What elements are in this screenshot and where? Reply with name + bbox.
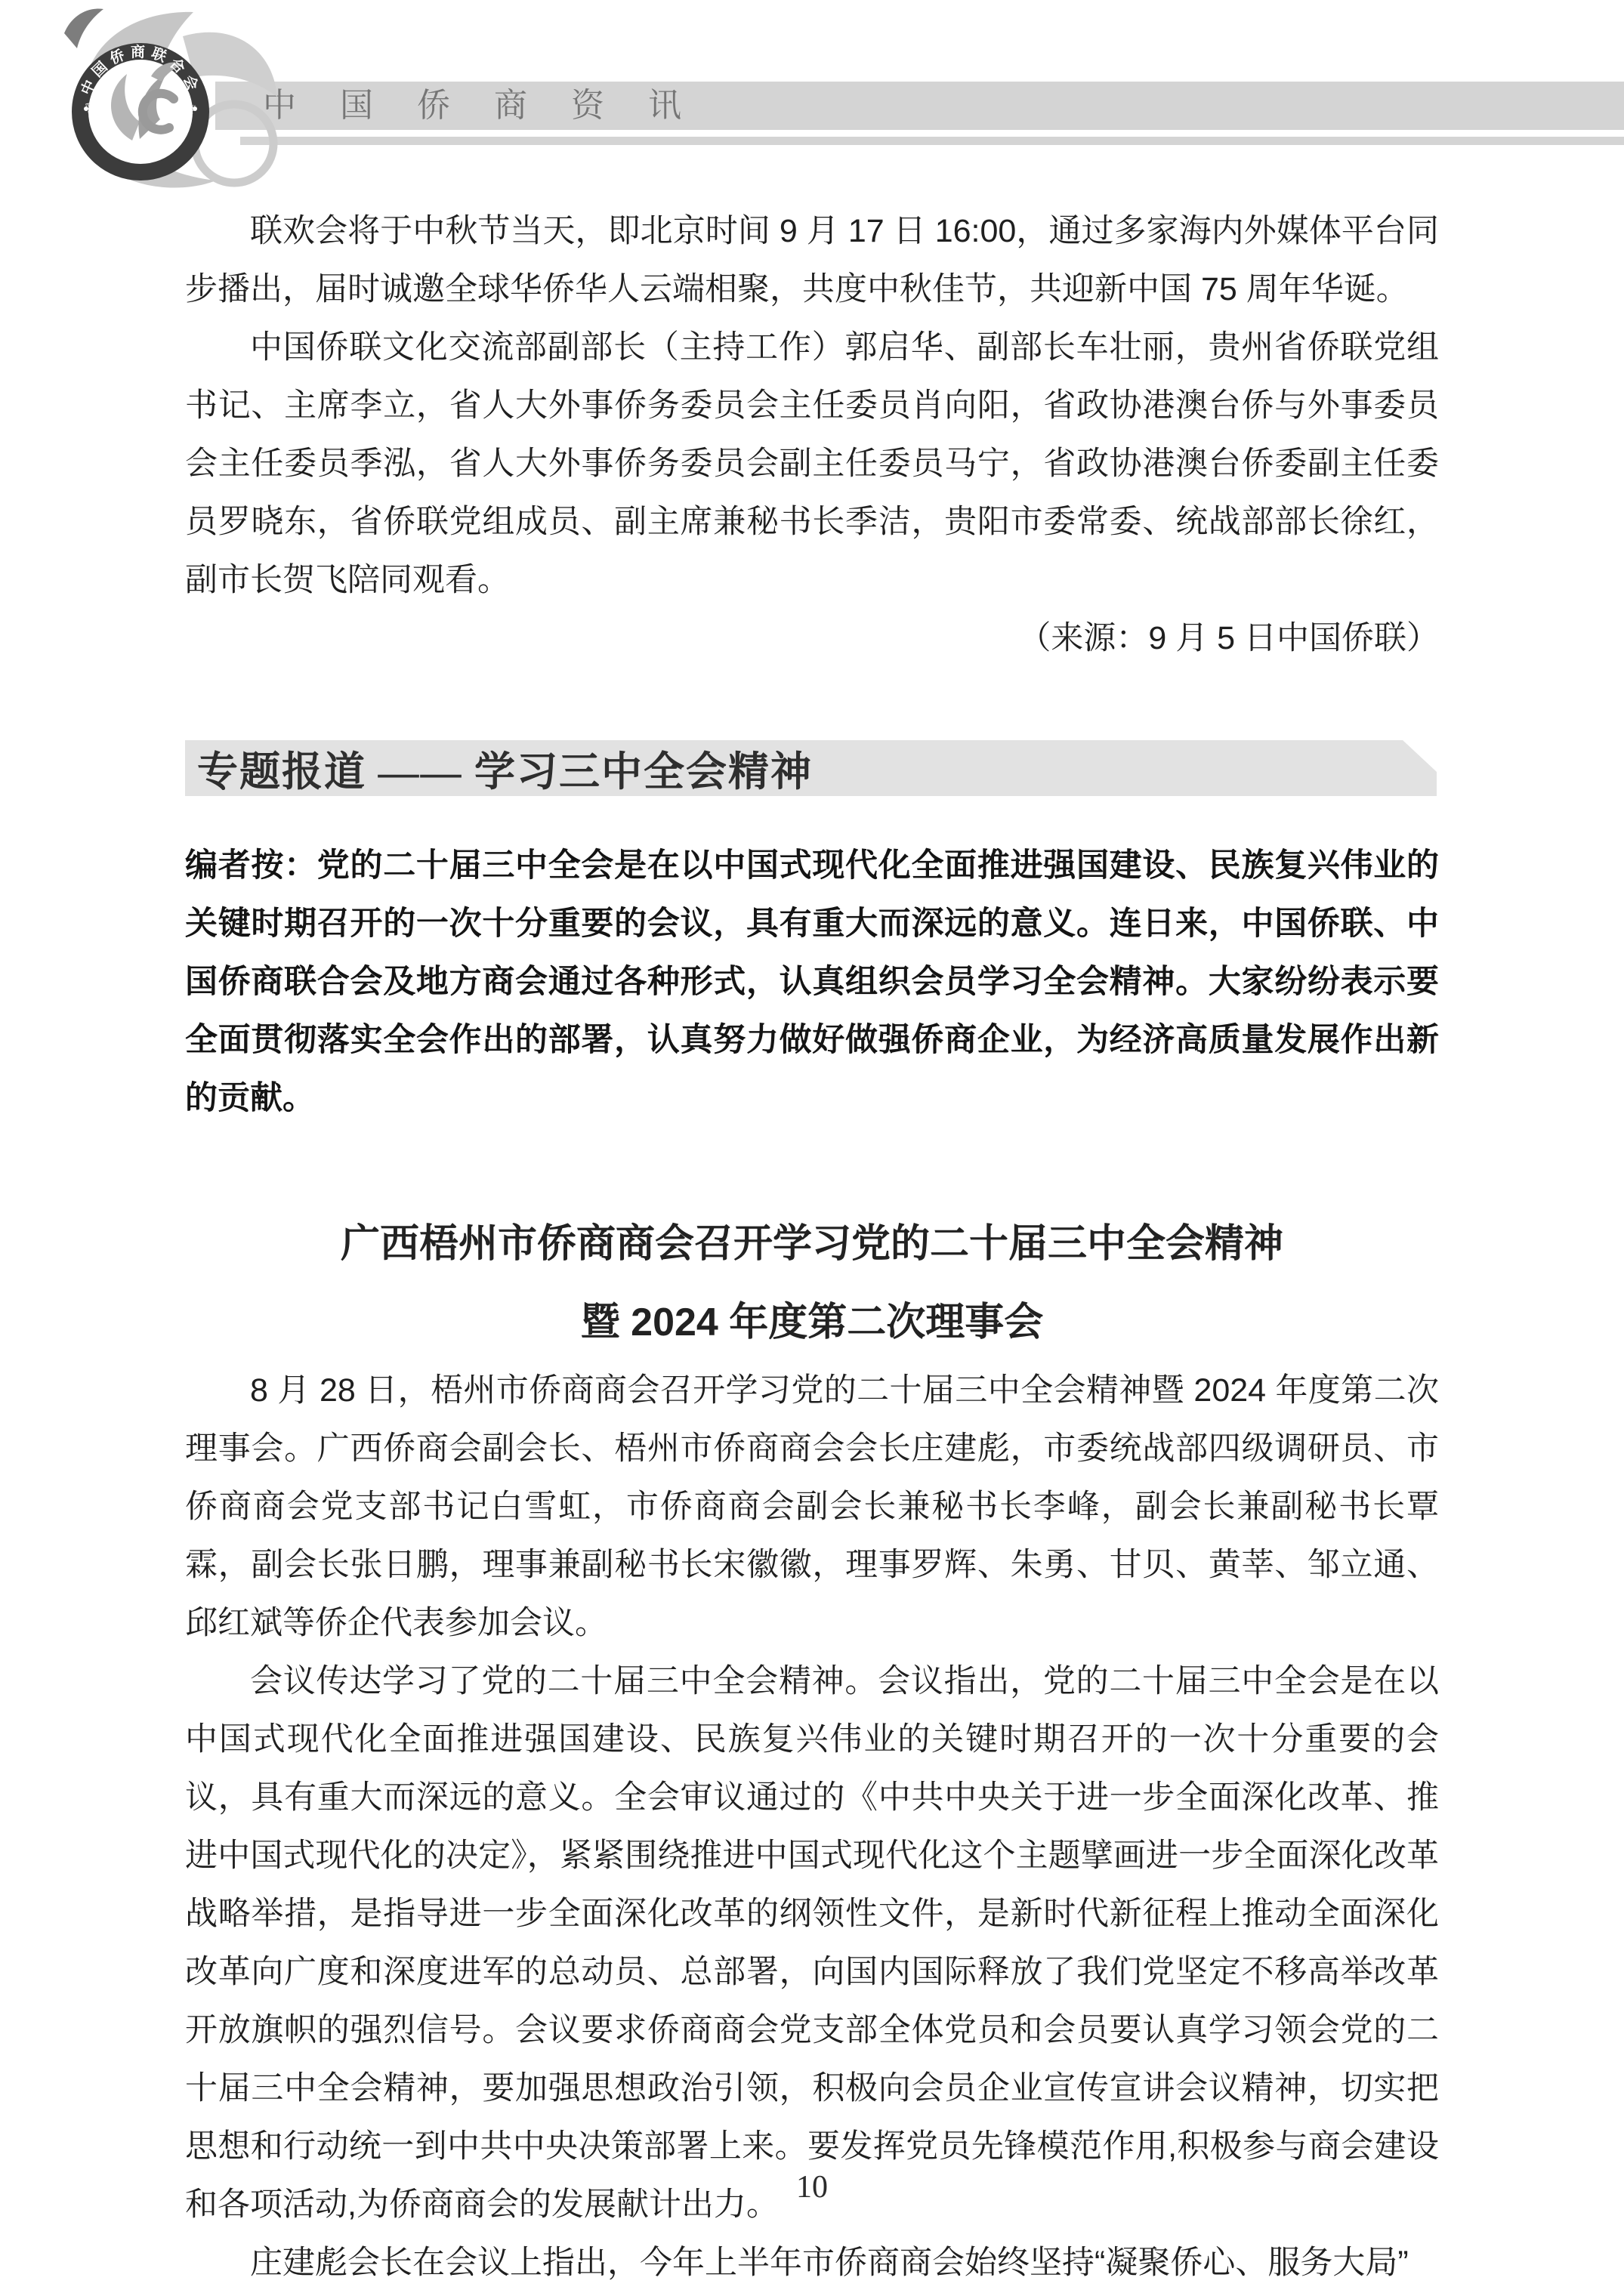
masthead-underline-bar <box>240 137 1624 145</box>
intro-paragraph-2: 中国侨联文化交流部副部长（主持工作）郭启华、副部长车壮丽，贵州省侨联党组书记、主… <box>185 319 1439 610</box>
article-title-line-2: 暨 2024 年度第二次理事会 <box>185 1283 1439 1362</box>
logo-ring-dot-left-icon <box>84 106 88 111</box>
article-paragraph-2: 会议传达学习了党的二十届三中全会精神。会议指出，党的二十届三中全会是在以中国式现… <box>185 1653 1439 2234</box>
article-title: 广西梧州市侨商商会召开学习党的二十届三中全会精神 暨 2024 年度第二次理事会 <box>185 1205 1439 1362</box>
editor-note: 编者按：党的二十届三中全会是在以中国式现代化全面推进强国建设、民族复兴伟业的关键… <box>185 837 1439 1128</box>
article-title-line-1: 广西梧州市侨商商会召开学习党的二十届三中全会精神 <box>185 1205 1439 1283</box>
logo-ring-dot-right-icon <box>193 106 197 111</box>
page-content: 联欢会将于中秋节当天，即北京时间 9 月 17 日 16:00，通过多家海内外媒… <box>185 202 1439 2292</box>
organization-logo: 中国侨商联合会 CHINA FEDERATION OF OVERSEAS CHI… <box>60 5 287 193</box>
logo-swoosh-dark-icon <box>64 9 103 48</box>
masthead-title: 中国侨商资讯 <box>263 82 725 130</box>
section-header-bar: 专题报道 —— 学习三中全会精神 <box>185 740 1437 796</box>
page-number: 10 <box>0 2169 1624 2205</box>
organization-logo-icon: 中国侨商联合会 CHINA FEDERATION OF OVERSEAS CHI… <box>60 5 287 193</box>
article-paragraph-3: 庄建彪会长在会议上指出，今年上半年市侨商商会始终坚持“凝聚侨心、服务大局” <box>185 2234 1439 2292</box>
section-header-title: 专题报道 —— 学习三中全会精神 <box>185 739 813 798</box>
intro-paragraph-1: 联欢会将于中秋节当天，即北京时间 9 月 17 日 16:00，通过多家海内外媒… <box>185 202 1439 319</box>
article-paragraph-1: 8 月 28 日，梧州市侨商商会召开学习党的二十届三中全会精神暨 2024 年度… <box>185 1362 1439 1653</box>
source-attribution: （来源：9 月 5 日中国侨联） <box>185 610 1439 668</box>
